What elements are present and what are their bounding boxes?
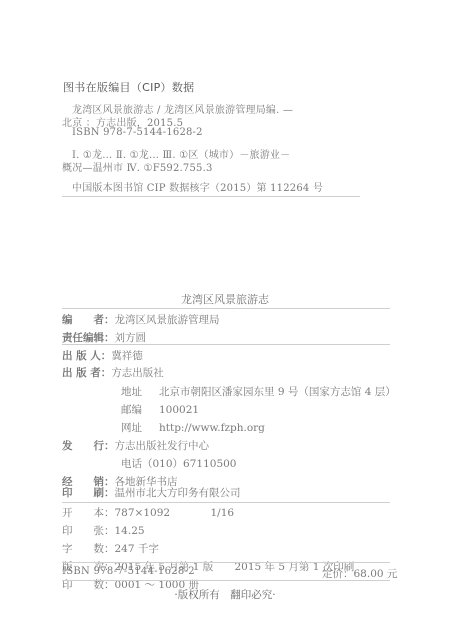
footer-price: 定价：68.00 元 — [322, 566, 397, 581]
publisher-address: 地址北京市朝阳区潘家园东里 9 号（国家方志馆 4 层） — [121, 384, 396, 399]
editor-value: 龙湾区风景旅游管理局 — [115, 312, 220, 327]
postcode-label: 邮编 — [121, 402, 159, 417]
words-row: 字 数： 247 千字 — [62, 541, 159, 556]
cip-line: 概况—温州市 Ⅳ. ①F592.755.3 — [62, 159, 213, 174]
website-label: 网址 — [121, 420, 159, 435]
responsible-editor-value: 刘方圆 — [115, 330, 147, 345]
printing-row: 印 刷： 温州市北大方印务有限公司 — [62, 485, 241, 500]
sheets-label: 印 张： — [62, 523, 115, 538]
divider — [62, 562, 390, 563]
distribution-value: 方志出版社发行中心 — [115, 438, 210, 453]
book-title: 龙湾区风景旅游志 — [0, 291, 450, 307]
footer-isbn: ISBN 978-7-5144-1628-2 — [62, 566, 195, 577]
cip-line: 中国版本图书馆 CIP 数据核字（2015）第 112264 号 — [72, 179, 323, 194]
publisher-value: 方志出版社 — [111, 365, 164, 380]
postcode-value: 100021 — [159, 404, 199, 416]
publisher-label: 出 版 者： — [62, 365, 111, 380]
responsible-editor-label: 责任编辑： — [62, 330, 115, 345]
editor-row: 编 者： 龙湾区风景旅游管理局 — [62, 312, 220, 327]
words-label: 字 数： — [62, 541, 115, 556]
cip-line: ISBN 978-7-5144-1628-2 — [72, 127, 203, 138]
format-label: 开 本： — [62, 505, 115, 520]
publisher-person-row: 出 版 人： 冀祥德 — [62, 348, 143, 363]
format-value: 787×1092 — [115, 507, 211, 519]
distribution-phone: 电话（010）67110500 — [121, 456, 237, 471]
publisher-row: 出 版 者： 方志出版社 — [62, 365, 164, 380]
address-label: 地址 — [121, 384, 159, 399]
format-extra: 1/16 — [211, 507, 235, 519]
cip-title: 图书在版编目（CIP）数据 — [63, 79, 194, 95]
publisher-person-label: 出 版 人： — [62, 348, 111, 363]
divider — [62, 308, 390, 309]
website-value: http://www.fzph.org — [159, 422, 265, 434]
words-value: 247 千字 — [115, 541, 159, 556]
distribution-row: 发 行： 方志出版社发行中心 — [62, 438, 209, 453]
publisher-website: 网址http://www.fzph.org — [121, 420, 265, 435]
distribution-label: 发 行： — [62, 438, 115, 453]
cip-divider — [62, 196, 360, 197]
publisher-postcode: 邮编100021 — [121, 402, 199, 417]
format-row: 开 本： 787×1092 1/16 — [62, 505, 234, 520]
copyright-notice: ·版权所有 翻印必究· — [0, 587, 450, 602]
sheets-row: 印 张： 14.25 — [62, 523, 145, 538]
sheets-value: 14.25 — [115, 525, 145, 537]
address-value: 北京市朝阳区潘家园东里 9 号（国家方志馆 4 层） — [159, 386, 396, 398]
divider — [62, 580, 390, 581]
printing-label: 印 刷： — [62, 485, 115, 500]
editor-label: 编 者： — [62, 312, 115, 327]
publisher-person-value: 冀祥德 — [111, 348, 143, 363]
responsible-editor-row: 责任编辑： 刘方圆 — [62, 330, 146, 345]
printing-value: 温州市北大方印务有限公司 — [115, 485, 241, 500]
divider — [62, 344, 390, 345]
divider — [62, 502, 390, 503]
